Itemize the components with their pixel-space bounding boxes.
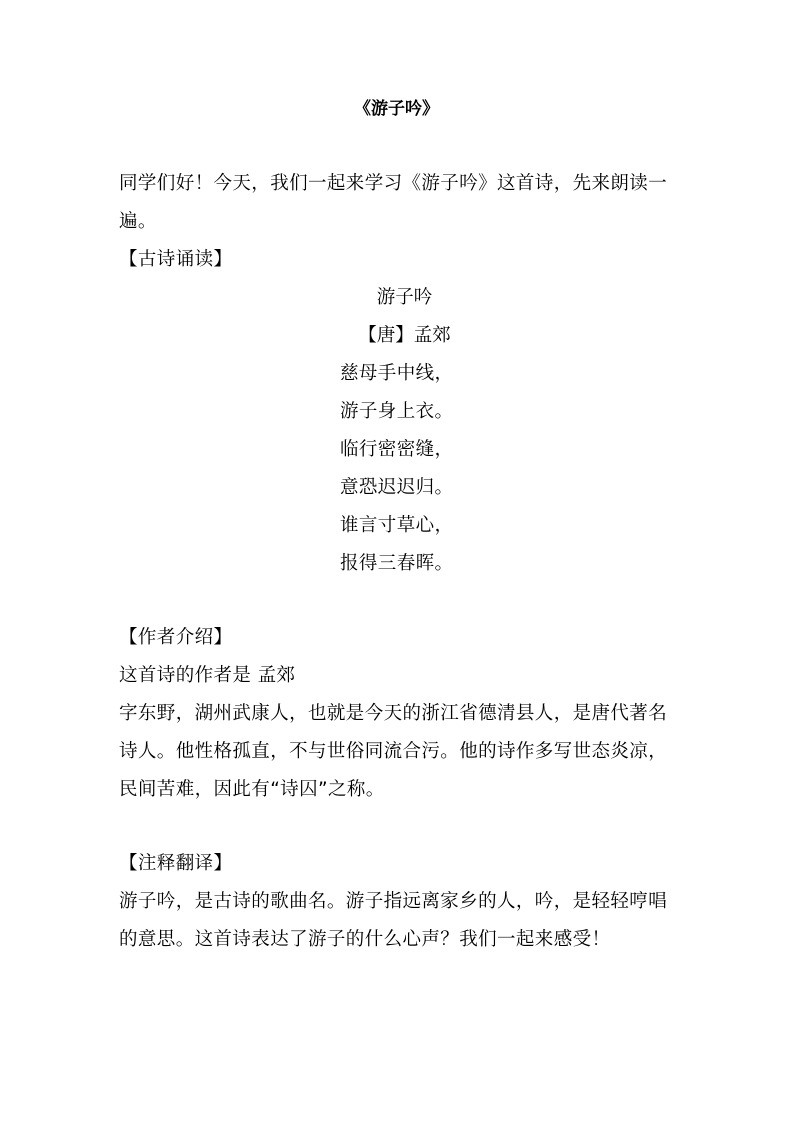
intro-line: 同学们好！今天，我们一起来学习《游子吟》这首诗，先来朗读一	[119, 165, 679, 203]
poem-block: 游子吟 【唐】孟郊 慈母手中线， 游子身上衣。 临行密密缝， 意恐迟迟归。 谁言…	[0, 279, 793, 583]
section-heading-annotation: 【注释翻译】	[119, 845, 679, 883]
poem-line: 慈母手中线，	[0, 355, 793, 393]
author-line: 诗人。他性格孤直，不与世俗同流合污。他的诗作多写世态炎凉，	[119, 733, 679, 771]
author-line: 民间苦难，因此有“诗囚”之称。	[119, 771, 679, 809]
section-heading-author: 【作者介绍】	[119, 619, 679, 657]
annotation-line: 的意思。这首诗表达了游子的什么心声？我们一起来感受！	[119, 921, 679, 959]
poem-line: 报得三春晖。	[0, 545, 793, 583]
document-title: 《游子吟》	[0, 96, 793, 122]
intro-paragraph: 同学们好！今天，我们一起来学习《游子吟》这首诗，先来朗读一 遍。 【古诗诵读】	[119, 165, 679, 279]
section-heading-recite: 【古诗诵读】	[119, 241, 679, 279]
document-page: 《游子吟》 同学们好！今天，我们一起来学习《游子吟》这首诗，先来朗读一 遍。 【…	[0, 0, 793, 1123]
author-intro-section: 【作者介绍】 这首诗的作者是 孟郊 字东野，湖州武康人，也就是今天的浙江省德清县…	[119, 619, 679, 809]
poem-line: 谁言寸草心，	[0, 507, 793, 545]
annotation-line: 游子吟，是古诗的歌曲名。游子指远离家乡的人，吟，是轻轻哼唱	[119, 883, 679, 921]
poem-title: 游子吟	[0, 279, 793, 317]
poem-author: 【唐】孟郊	[0, 317, 793, 355]
poem-line: 临行密密缝，	[0, 431, 793, 469]
author-line: 字东野，湖州武康人，也就是今天的浙江省德清县人，是唐代著名	[119, 695, 679, 733]
poem-line: 游子身上衣。	[0, 393, 793, 431]
author-line: 这首诗的作者是 孟郊	[119, 657, 679, 695]
poem-line: 意恐迟迟归。	[0, 469, 793, 507]
intro-line: 遍。	[119, 203, 679, 241]
annotation-section: 【注释翻译】 游子吟，是古诗的歌曲名。游子指远离家乡的人，吟，是轻轻哼唱 的意思…	[119, 845, 679, 959]
